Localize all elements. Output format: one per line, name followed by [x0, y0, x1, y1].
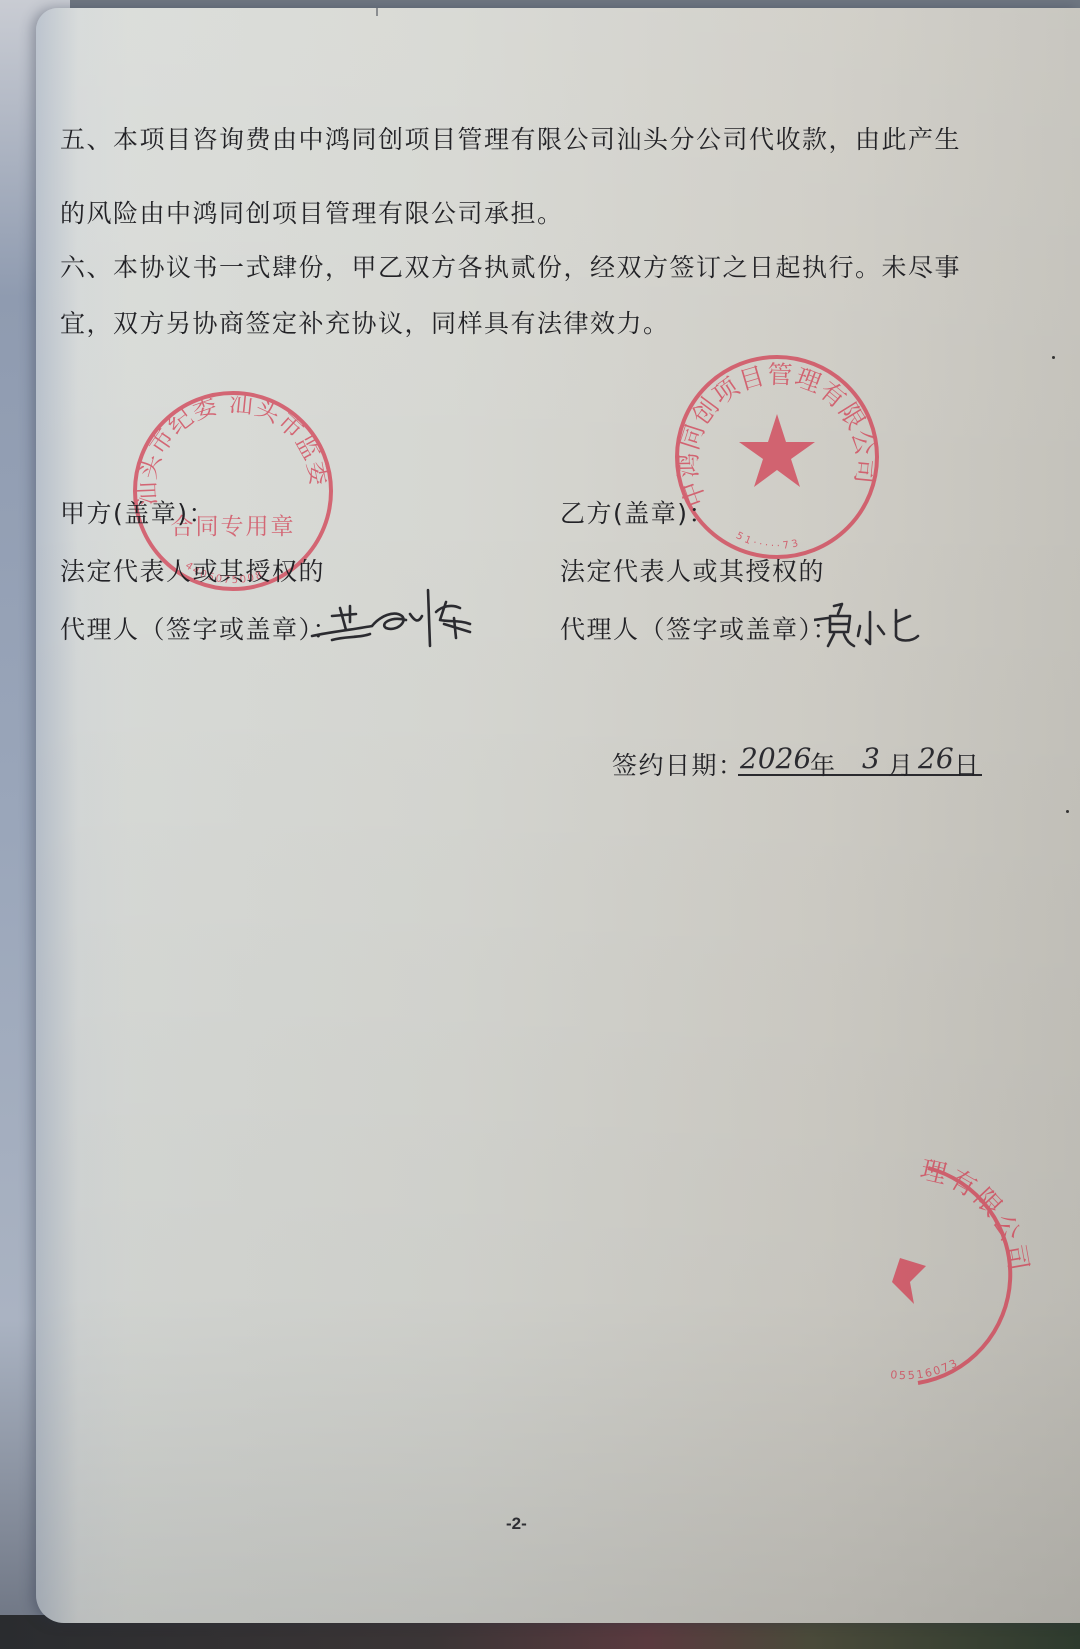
signing-date-year: 2026 [740, 742, 811, 775]
svg-text:05516073: 05516073 [890, 1356, 961, 1382]
clause-five-line-2: 的风险由中鸿同创项目管理有限公司承担。 [60, 194, 564, 230]
star-icon [739, 414, 815, 487]
partial-star-icon [892, 1258, 926, 1304]
signing-date-day-unit: 日 [954, 746, 981, 782]
clause-six-line-1: 六、本协议书一式肆份，甲乙双方各执贰份，经双方签订之日起执行。未尽事 [60, 248, 961, 284]
party-b-label: 乙方(盖章)： [560, 494, 715, 530]
svg-text:理有限公司: 理有限公司 [917, 1158, 1033, 1276]
svg-text:汕头市纪委 汕头市监委: 汕头市纪委 汕头市监委 [133, 389, 334, 507]
clause-six-line-2: 宜，双方另协商签定补充协议，同样具有法律效力。 [60, 304, 670, 340]
svg-text:51·····73: 51·····73 [734, 530, 802, 552]
staple-mark [376, 8, 378, 16]
speck [1066, 810, 1069, 813]
speck [1052, 356, 1055, 359]
party-b-rep-line-1: 法定代表人或其授权的 [560, 552, 825, 588]
signing-date-day: 26 [918, 742, 954, 775]
party-b-seal: 中鸿同创项目管理有限公司 51·····73 [672, 352, 882, 562]
cross-page-seal: 理有限公司 05516073 [880, 1158, 1080, 1388]
clause-five-line-1: 五、本项目咨询费由中鸿同创项目管理有限公司汕头分公司代收款，由此产生 [60, 120, 961, 156]
party-a-label: 甲方(盖章)： [60, 494, 215, 530]
party-a-rep-line-2: 代理人（签字或盖章）： [60, 610, 339, 646]
signing-date-month-unit: 月 [888, 746, 915, 782]
party-b-rep-line-2: 代理人（签字或盖章）： [560, 610, 839, 646]
signing-date-year-unit: 年 [810, 746, 837, 782]
signing-date-label: 签约日期： [612, 746, 745, 782]
party-a-signature: 黄晓华 [310, 586, 480, 648]
party-b-signature: 黄小飞 [814, 600, 934, 656]
signing-date-month: 3 [862, 742, 880, 775]
party-a-rep-line-1: 法定代表人或其授权的 [60, 552, 325, 588]
page-number: -2- [506, 1514, 527, 1534]
